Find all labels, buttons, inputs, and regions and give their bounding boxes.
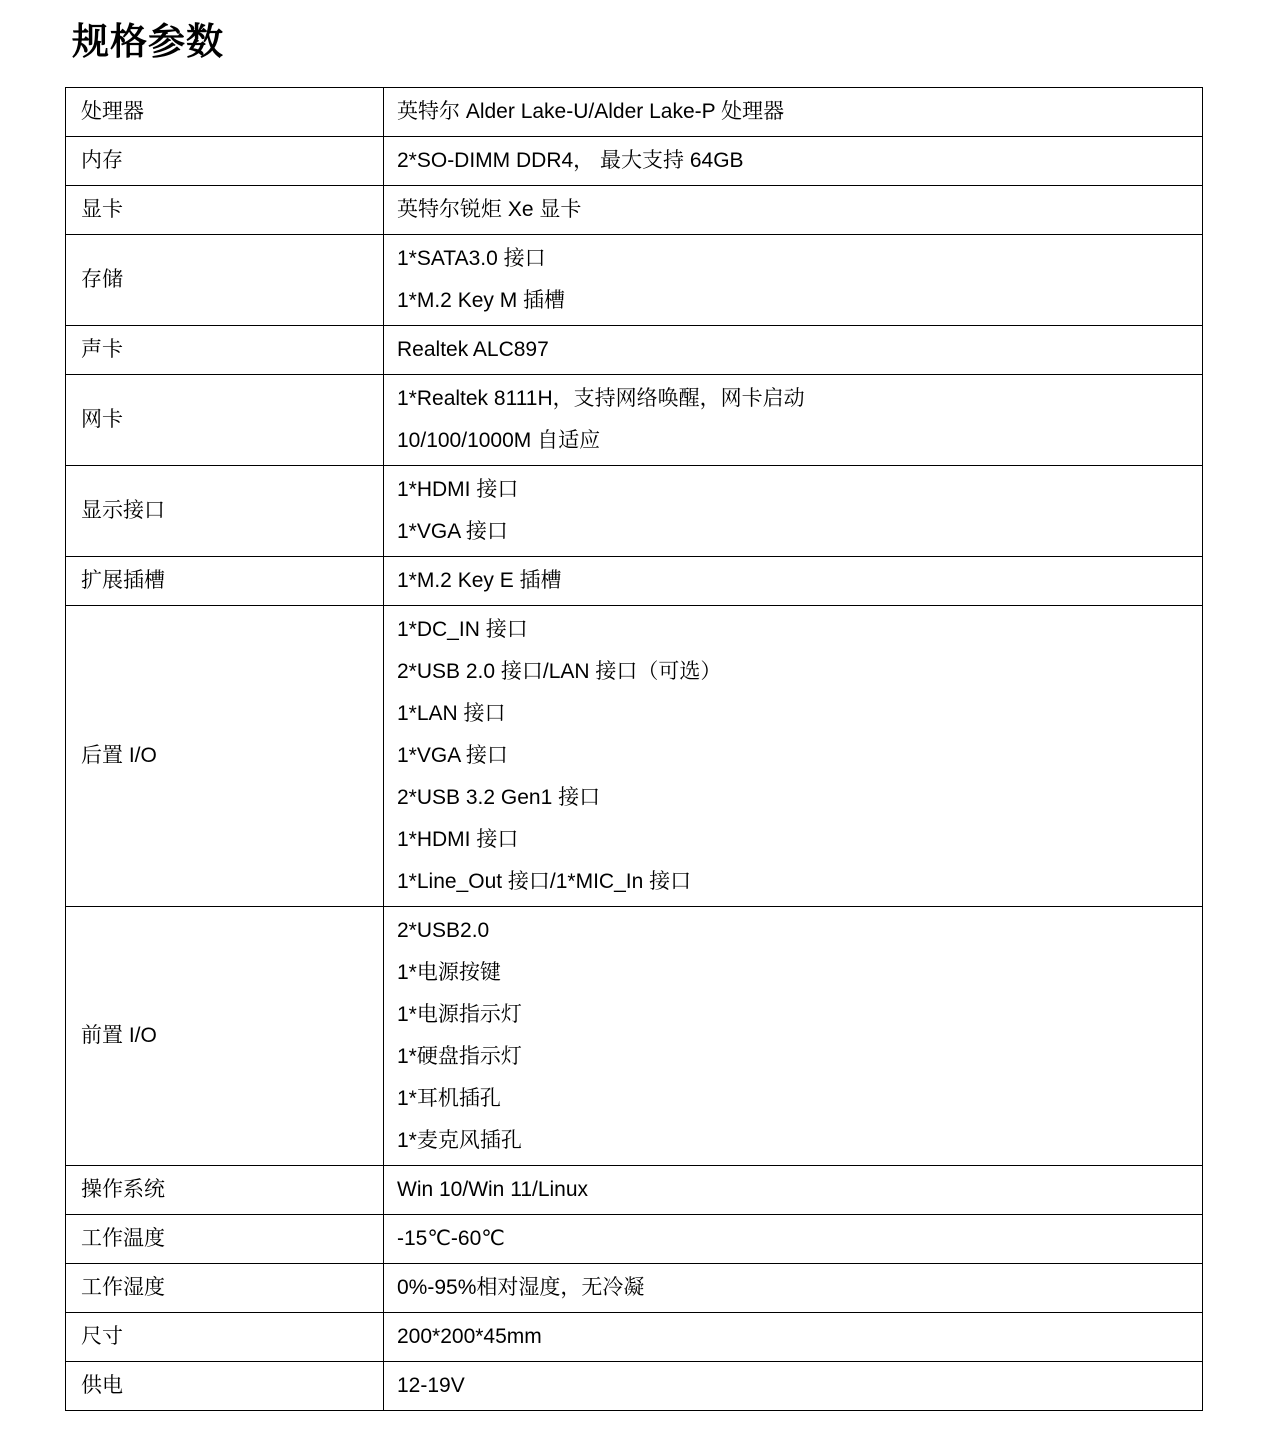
spec-label: 网卡: [66, 375, 384, 466]
spec-value-line: 1*麦克风插孔: [397, 1120, 1190, 1162]
spec-value: 1*SATA3.0 接口1*M.2 Key M 插槽: [384, 235, 1203, 326]
spec-row: 后置 I/O1*DC_IN 接口2*USB 2.0 接口/LAN 接口（可选）1…: [66, 606, 1203, 907]
spec-value-line: 12-19V: [397, 1365, 1190, 1407]
spec-value-line: 英特尔 Alder Lake-U/Alder Lake-P 处理器: [397, 91, 1190, 133]
spec-value-line: 英特尔锐炬 Xe 显卡: [397, 189, 1190, 231]
spec-value: 1*M.2 Key E 插槽: [384, 557, 1203, 606]
spec-value-line: 2*USB 3.2 Gen1 接口: [397, 777, 1190, 819]
spec-value-line: -15℃-60℃: [397, 1218, 1190, 1260]
spec-value-line: Win 10/Win 11/Linux: [397, 1169, 1190, 1211]
spec-value: 200*200*45mm: [384, 1313, 1203, 1362]
spec-value: 2*SO-DIMM DDR4， 最大支持 64GB: [384, 137, 1203, 186]
spec-value-line: 1*LAN 接口: [397, 693, 1190, 735]
spec-label: 前置 I/O: [66, 907, 384, 1166]
spec-label: 后置 I/O: [66, 606, 384, 907]
spec-row: 显示接口1*HDMI 接口1*VGA 接口: [66, 466, 1203, 557]
spec-value-line: 1*M.2 Key M 插槽: [397, 280, 1190, 322]
spec-row: 操作系统Win 10/Win 11/Linux: [66, 1166, 1203, 1215]
spec-row: 供电12-19V: [66, 1362, 1203, 1411]
spec-table: 处理器英特尔 Alder Lake-U/Alder Lake-P 处理器内存2*…: [65, 87, 1203, 1411]
spec-value-line: 2*USB2.0: [397, 910, 1190, 952]
spec-value: 1*HDMI 接口1*VGA 接口: [384, 466, 1203, 557]
spec-label: 显卡: [66, 186, 384, 235]
spec-row: 尺寸200*200*45mm: [66, 1313, 1203, 1362]
spec-value: 0%-95%相对湿度，无冷凝: [384, 1264, 1203, 1313]
spec-row: 处理器英特尔 Alder Lake-U/Alder Lake-P 处理器: [66, 88, 1203, 137]
spec-row: 工作温度-15℃-60℃: [66, 1215, 1203, 1264]
spec-value-line: Realtek ALC897: [397, 329, 1190, 371]
spec-value-line: 1*Line_Out 接口/1*MIC_In 接口: [397, 861, 1190, 903]
spec-value-line: 1*电源按键: [397, 952, 1190, 994]
spec-row: 声卡Realtek ALC897: [66, 326, 1203, 375]
spec-label: 工作湿度: [66, 1264, 384, 1313]
spec-label: 处理器: [66, 88, 384, 137]
spec-label: 尺寸: [66, 1313, 384, 1362]
spec-label: 扩展插槽: [66, 557, 384, 606]
spec-value-line: 2*SO-DIMM DDR4， 最大支持 64GB: [397, 140, 1190, 182]
spec-value-line: 1*DC_IN 接口: [397, 609, 1190, 651]
spec-value-line: 0%-95%相对湿度，无冷凝: [397, 1267, 1190, 1309]
page-title: 规格参数: [72, 22, 1269, 62]
spec-row: 内存2*SO-DIMM DDR4， 最大支持 64GB: [66, 137, 1203, 186]
spec-label: 操作系统: [66, 1166, 384, 1215]
spec-label: 工作温度: [66, 1215, 384, 1264]
spec-value: 1*DC_IN 接口2*USB 2.0 接口/LAN 接口（可选）1*LAN 接…: [384, 606, 1203, 907]
spec-value: -15℃-60℃: [384, 1215, 1203, 1264]
spec-row: 扩展插槽1*M.2 Key E 插槽: [66, 557, 1203, 606]
spec-value-line: 2*USB 2.0 接口/LAN 接口（可选）: [397, 651, 1190, 693]
spec-label: 声卡: [66, 326, 384, 375]
spec-value-line: 1*SATA3.0 接口: [397, 238, 1190, 280]
spec-table-body: 处理器英特尔 Alder Lake-U/Alder Lake-P 处理器内存2*…: [66, 88, 1203, 1411]
spec-value-line: 1*VGA 接口: [397, 511, 1190, 553]
spec-label: 显示接口: [66, 466, 384, 557]
spec-label: 供电: [66, 1362, 384, 1411]
spec-value-line: 1*耳机插孔: [397, 1078, 1190, 1120]
spec-value-line: 200*200*45mm: [397, 1316, 1190, 1358]
spec-value: 英特尔锐炬 Xe 显卡: [384, 186, 1203, 235]
spec-value: 12-19V: [384, 1362, 1203, 1411]
spec-value: 英特尔 Alder Lake-U/Alder Lake-P 处理器: [384, 88, 1203, 137]
spec-row: 网卡1*Realtek 8111H，支持网络唤醒，网卡启动10/100/1000…: [66, 375, 1203, 466]
spec-row: 存储1*SATA3.0 接口1*M.2 Key M 插槽: [66, 235, 1203, 326]
spec-label: 内存: [66, 137, 384, 186]
spec-row: 工作湿度0%-95%相对湿度，无冷凝: [66, 1264, 1203, 1313]
spec-value-line: 10/100/1000M 自适应: [397, 420, 1190, 462]
spec-row: 前置 I/O2*USB2.01*电源按键1*电源指示灯1*硬盘指示灯1*耳机插孔…: [66, 907, 1203, 1166]
spec-value: 2*USB2.01*电源按键1*电源指示灯1*硬盘指示灯1*耳机插孔1*麦克风插…: [384, 907, 1203, 1166]
spec-value-line: 1*HDMI 接口: [397, 819, 1190, 861]
spec-label: 存储: [66, 235, 384, 326]
spec-value: Win 10/Win 11/Linux: [384, 1166, 1203, 1215]
spec-value: Realtek ALC897: [384, 326, 1203, 375]
spec-value-line: 1*M.2 Key E 插槽: [397, 560, 1190, 602]
spec-value-line: 1*硬盘指示灯: [397, 1036, 1190, 1078]
spec-value: 1*Realtek 8111H，支持网络唤醒，网卡启动10/100/1000M …: [384, 375, 1203, 466]
spec-value-line: 1*电源指示灯: [397, 994, 1190, 1036]
spec-value-line: 1*HDMI 接口: [397, 469, 1190, 511]
spec-value-line: 1*Realtek 8111H，支持网络唤醒，网卡启动: [397, 378, 1190, 420]
spec-row: 显卡英特尔锐炬 Xe 显卡: [66, 186, 1203, 235]
spec-value-line: 1*VGA 接口: [397, 735, 1190, 777]
